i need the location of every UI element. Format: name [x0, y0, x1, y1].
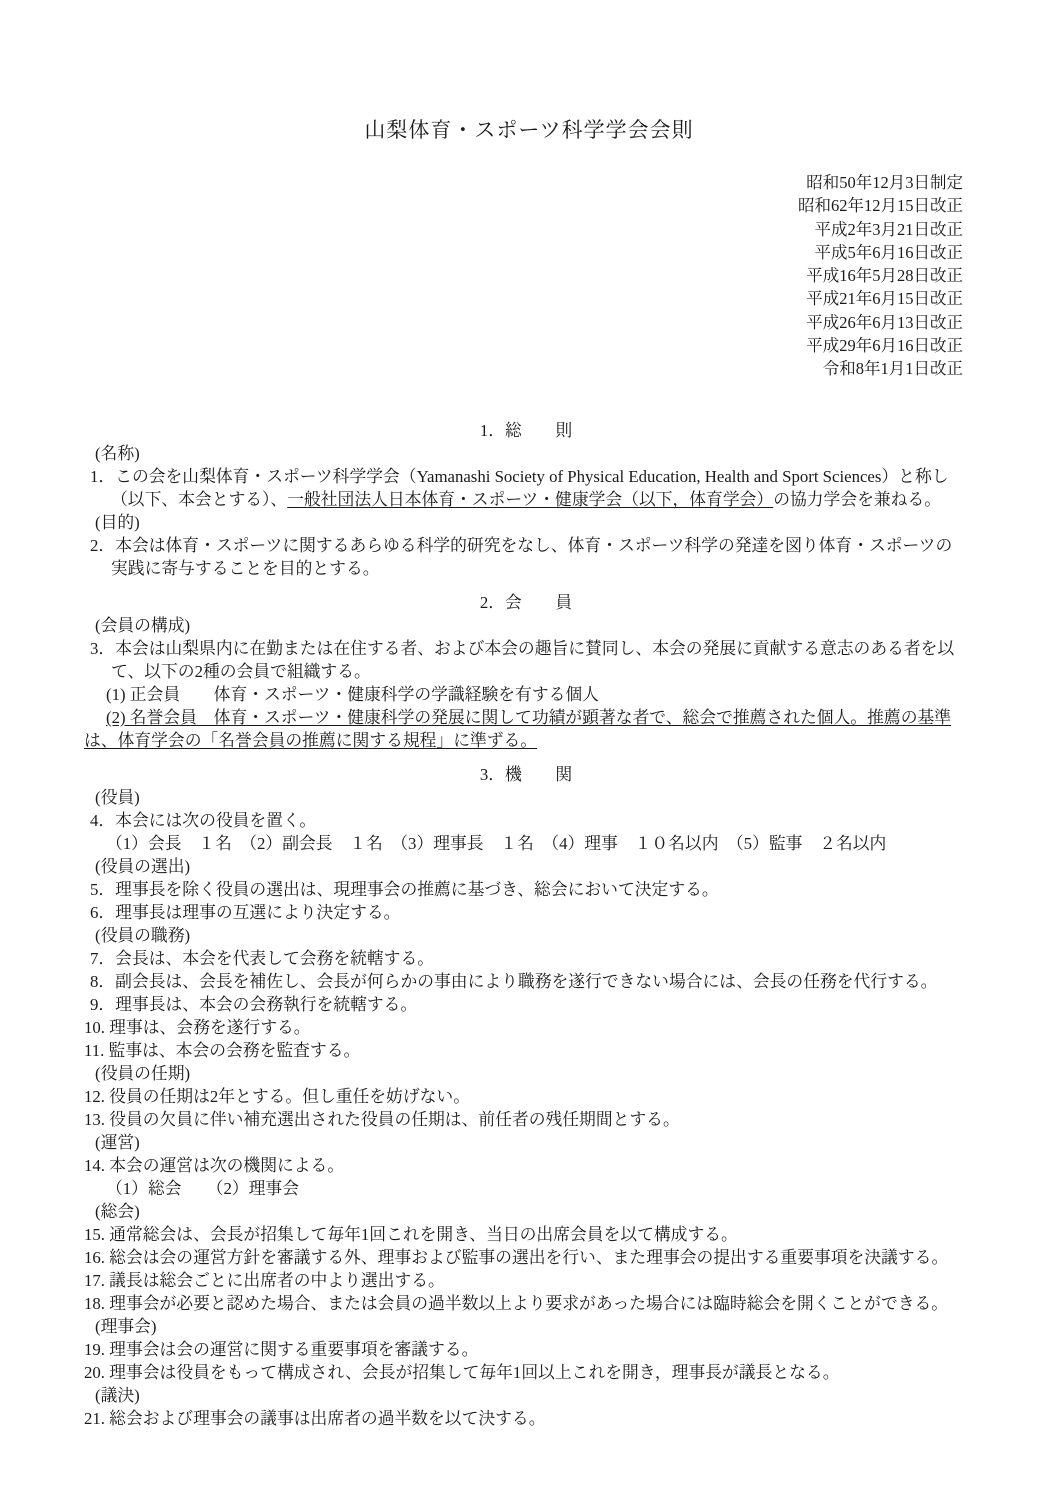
text-segment: 13. 役員の欠員に伴い補充選出された役員の任期は、前任者の残任期間とする。 — [84, 1110, 680, 1129]
text-segment: (総会) — [95, 1202, 140, 1221]
section-heading: 2．会 員 — [84, 591, 968, 614]
text-segment: 4．本会には次の役員を置く。 — [90, 811, 316, 830]
article-item: 3．本会は山梨県内に在勤または在住する者、および本会の趣旨に賛同し、本会の発展に… — [90, 637, 968, 683]
clause-label: (運営) — [84, 1131, 968, 1154]
text-segment: (会員の構成) — [95, 616, 190, 635]
text-segment: 2．本会は体育・スポーツに関するあらゆる科学的研究をなし、体育・スポーツ科学の発… — [90, 536, 952, 578]
underlined-text: (2) 名誉会員 体育・スポーツ・健康科学の発展に関して功績が顕著な者で、総会で… — [84, 708, 951, 750]
text-segment: 17. 議長は総会ごとに出席者の中より選出する。 — [84, 1271, 445, 1290]
text-segment: （1）会長 １名 （2）副会長 １名 （3）理事長 １名 （4）理事 １０名以内… — [106, 834, 886, 853]
revision-line: 平成29年6月16日改正 — [0, 334, 963, 357]
sub-item: （1）会長 １名 （2）副会長 １名 （3）理事長 １名 （4）理事 １０名以内… — [84, 832, 968, 855]
clause-label: (役員の任期) — [84, 1062, 968, 1085]
clause-label: (目的) — [84, 511, 968, 534]
article-item: 17. 議長は総会ごとに出席者の中より選出する。 — [84, 1269, 968, 1292]
article-item: 10. 理事は、会務を遂行する。 — [84, 1016, 968, 1039]
clause-label: (役員) — [84, 786, 968, 809]
section-heading: 1．総 則 — [84, 419, 968, 442]
text-segment: (役員の職務) — [95, 926, 190, 945]
clause-label: (議決) — [84, 1384, 968, 1407]
revision-line: 昭和50年12月3日制定 — [0, 171, 963, 194]
article-item: 16. 総会は会の運営方針を審議する外、理事および監事の選出を行い、また理事会の… — [84, 1246, 968, 1269]
revision-line: 平成5年6月16日改正 — [0, 241, 963, 264]
text-segment: 9．理事長は、本会の会務執行を統轄する。 — [90, 995, 417, 1014]
article-item: 1．この会を山梨体育・スポーツ科学学会（Yamanashi Society of… — [90, 465, 968, 511]
text-segment: （1）総会 （2）理事会 — [106, 1179, 299, 1198]
clause-label: (理事会) — [84, 1315, 968, 1338]
text-segment: (1) 正会員 体育・スポーツ・健康科学の学識経験を有する個人 — [106, 685, 599, 704]
text-segment: 7．会長は、本会を代表して会務を統轄する。 — [90, 949, 434, 968]
sub-item: (2) 名誉会員 体育・スポーツ・健康科学の発展に関して功績が顕著な者で、総会で… — [84, 706, 968, 752]
text-segment: (役員の任期) — [95, 1064, 190, 1083]
article-item: 14. 本会の運営は次の機関による。 — [84, 1154, 968, 1177]
article-item: 21. 総会および理事会の議事は出席者の過半数を以て決する。 — [84, 1407, 968, 1430]
revision-line: 昭和62年12月15日改正 — [0, 194, 963, 217]
text-segment: 14. 本会の運営は次の機関による。 — [84, 1156, 344, 1175]
text-segment: 15. 通常総会は、会長が招集して毎年1回これを開き、当日の出席会員を以て構成す… — [84, 1225, 738, 1244]
text-segment: 20. 理事会は役員をもって構成され、会長が招集して毎年1回以上これを開き，理事… — [84, 1363, 840, 1382]
clause-label: (役員の職務) — [84, 924, 968, 947]
article-item: 9．理事長は、本会の会務執行を統轄する。 — [90, 993, 968, 1016]
article-item: 15. 通常総会は、会長が招集して毎年1回これを開き、当日の出席会員を以て構成す… — [84, 1223, 968, 1246]
text-segment: (議決) — [95, 1386, 140, 1405]
article-item: 6．理事長は理事の互選により決定する。 — [90, 901, 968, 924]
article-item: 8．副会長は、会長を補佐し、会長が何らかの事由により職務を遂行できない場合には、… — [90, 970, 968, 993]
text-segment: 3．本会は山梨県内に在勤または在住する者、および本会の趣旨に賛同し、本会の発展に… — [90, 639, 954, 681]
document-title: 山梨体育・スポーツ科学学会会則 — [0, 114, 1058, 144]
text-segment: (役員) — [95, 788, 140, 807]
sub-item: (1) 正会員 体育・スポーツ・健康科学の学識経験を有する個人 — [84, 683, 968, 706]
text-segment: の協力学会を兼ねる。 — [773, 490, 941, 509]
text-segment: 16. 総会は会の運営方針を審議する外、理事および監事の選出を行い、また理事会の… — [84, 1248, 948, 1267]
clause-label: (役員の選出) — [84, 855, 968, 878]
revision-line: 平成16年5月28日改正 — [0, 264, 963, 287]
sub-item: （1）総会 （2）理事会 — [84, 1177, 968, 1200]
revision-history: 昭和50年12月3日制定昭和62年12月15日改正平成2年3月21日改正平成5年… — [0, 171, 963, 381]
text-segment: 21. 総会および理事会の議事は出席者の過半数を以て決する。 — [84, 1409, 546, 1428]
text-segment: (運営) — [95, 1133, 140, 1152]
article-item: 2．本会は体育・スポーツに関するあらゆる科学的研究をなし、体育・スポーツ科学の発… — [90, 534, 968, 580]
text-segment: 18. 理事会が必要と認めた場合、または会員の過半数以上より要求があった場合には… — [84, 1294, 948, 1313]
text-segment: (役員の選出) — [95, 857, 190, 876]
clause-label: (総会) — [84, 1200, 968, 1223]
underlined-text: 一般社団法人日本体育・スポーツ・健康学会（以下，体育学会） — [287, 490, 773, 509]
article-item: 19. 理事会は会の運営に関する重要事項を審議する。 — [84, 1338, 968, 1361]
clause-label: (名称) — [84, 442, 968, 465]
article-item: 11. 監事は、本会の会務を監査する。 — [84, 1039, 968, 1062]
article-item: 12. 役員の任期は2年とする。但し重任を妨げない。 — [84, 1085, 968, 1108]
section-heading: 3．機 関 — [84, 763, 968, 786]
text-segment: 8．副会長は、会長を補佐し、会長が何らかの事由により職務を遂行できない場合には、… — [90, 972, 937, 991]
article-item: 5．理事長を除く役員の選出は、現理事会の推薦に基づき、総会において決定する。 — [90, 878, 968, 901]
document-body: 1．総 則(名称)1．この会を山梨体育・スポーツ科学学会（Yamanashi S… — [84, 419, 968, 1430]
text-segment: (名称) — [95, 444, 140, 463]
text-segment: 6．理事長は理事の互選により決定する。 — [90, 903, 400, 922]
text-segment: (目的) — [95, 513, 140, 532]
clause-label: (会員の構成) — [84, 614, 968, 637]
article-item: 7．会長は、本会を代表して会務を統轄する。 — [90, 947, 968, 970]
article-item: 4．本会には次の役員を置く。 — [90, 809, 968, 832]
text-segment: 5．理事長を除く役員の選出は、現理事会の推薦に基づき、総会において決定する。 — [90, 880, 719, 899]
text-segment: 11. 監事は、本会の会務を監査する。 — [84, 1041, 360, 1060]
revision-line: 平成2年3月21日改正 — [0, 218, 963, 241]
revision-line: 平成26年6月13日改正 — [0, 311, 963, 334]
article-item: 20. 理事会は役員をもって構成され、会長が招集して毎年1回以上これを開き，理事… — [84, 1361, 968, 1384]
article-item: 18. 理事会が必要と認めた場合、または会員の過半数以上より要求があった場合には… — [84, 1292, 968, 1315]
text-segment: (理事会) — [95, 1317, 157, 1336]
text-segment: 19. 理事会は会の運営に関する重要事項を審議する。 — [84, 1340, 478, 1359]
article-item: 13. 役員の欠員に伴い補充選出された役員の任期は、前任者の残任期間とする。 — [84, 1108, 968, 1131]
revision-line: 平成21年6月15日改正 — [0, 287, 963, 310]
revision-line: 令和8年1月1日改正 — [0, 357, 963, 380]
text-segment: 10. 理事は、会務を遂行する。 — [84, 1018, 311, 1037]
text-segment: 12. 役員の任期は2年とする。但し重任を妨げない。 — [84, 1087, 470, 1106]
document-page: 山梨体育・スポーツ科学学会会則 昭和50年12月3日制定昭和62年12月15日改… — [0, 0, 1058, 1497]
